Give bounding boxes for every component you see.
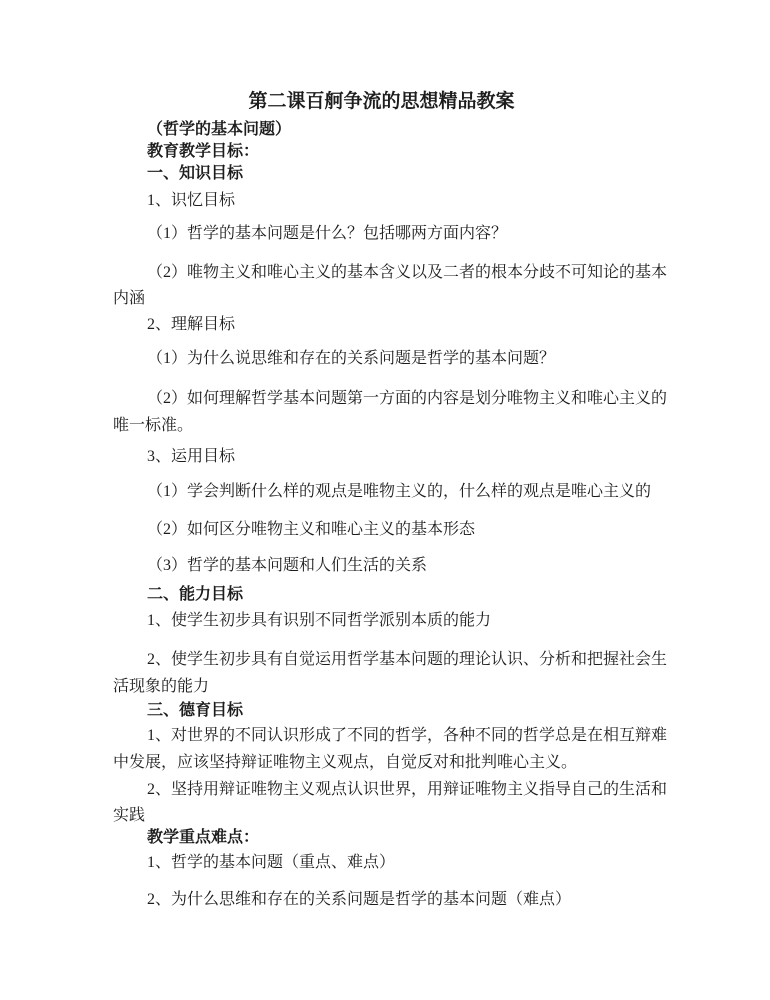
paragraph-line: 2、坚持用辩证唯物主义观点认识世界，用辩证唯物主义指导自己的生活和	[147, 782, 667, 798]
paragraph-line: （2）如何理解哲学基本问题第一方面的内容是划分唯物主义和唯心主义的	[147, 391, 667, 407]
paragraph-line: 1、对世界的不同认识形成了不同的哲学，各种不同的哲学总是在相互辩难	[147, 728, 667, 744]
paragraph-line: （1）哲学的基本问题是什么？包括哪两方面内容？	[147, 226, 507, 242]
paragraph-continuation: 活现象的能力	[113, 679, 209, 695]
paragraph-line: 2、为什么思维和存在的关系问题是哲学的基本问题（难点）	[147, 892, 571, 908]
section-heading-key-points: 教学重点难点：	[147, 830, 259, 846]
paragraph-line: 1、使学生初步具有识别不同哲学派别本质的能力	[147, 613, 491, 629]
paragraph-continuation: 内涵	[113, 291, 145, 307]
paragraph-line: （1）为什么说思维和存在的关系问题是哲学的基本问题？	[147, 351, 555, 367]
section-heading-knowledge: 一、知识目标	[147, 166, 243, 182]
document-page: 第二课百舸争流的思想精品教案 （哲学的基本问题） 教育教学目标： 一、知识目标 …	[0, 0, 770, 1000]
section-heading-ability: 二、能力目标	[147, 587, 243, 603]
paragraph-line: 3、运用目标	[147, 449, 235, 465]
paragraph-line: 2、理解目标	[147, 317, 235, 333]
paragraph-continuation: 唯一标准。	[113, 418, 193, 434]
paragraph-line: （3）哲学的基本问题和人们生活的关系	[147, 558, 427, 574]
paragraph-line: 2、使学生初步具有自觉运用哲学基本问题的理论认识、分析和把握社会生	[147, 652, 667, 668]
section-heading-objectives: 教育教学目标：	[147, 144, 259, 160]
subtitle: （哲学的基本问题）	[147, 122, 291, 138]
paragraph-line: （1）学会判断什么样的观点是唯物主义的，什么样的观点是唯心主义的	[147, 484, 651, 500]
paragraph-line: （2）如何区分唯物主义和唯心主义的基本形态	[147, 522, 475, 538]
section-heading-moral: 三、德育目标	[147, 703, 243, 719]
document-title: 第二课百舸争流的思想精品教案	[113, 92, 650, 111]
paragraph-continuation: 中发展，应该坚持辩证唯物主义观点，自觉反对和批判唯心主义。	[113, 755, 577, 771]
paragraph-line: 1、识忆目标	[147, 193, 235, 209]
paragraph-line: （2）唯物主义和唯心主义的基本含义以及二者的根本分歧不可知论的基本	[147, 265, 667, 281]
paragraph-line: 1、哲学的基本问题（重点、难点）	[147, 855, 395, 871]
paragraph-continuation: 实践	[113, 808, 145, 824]
